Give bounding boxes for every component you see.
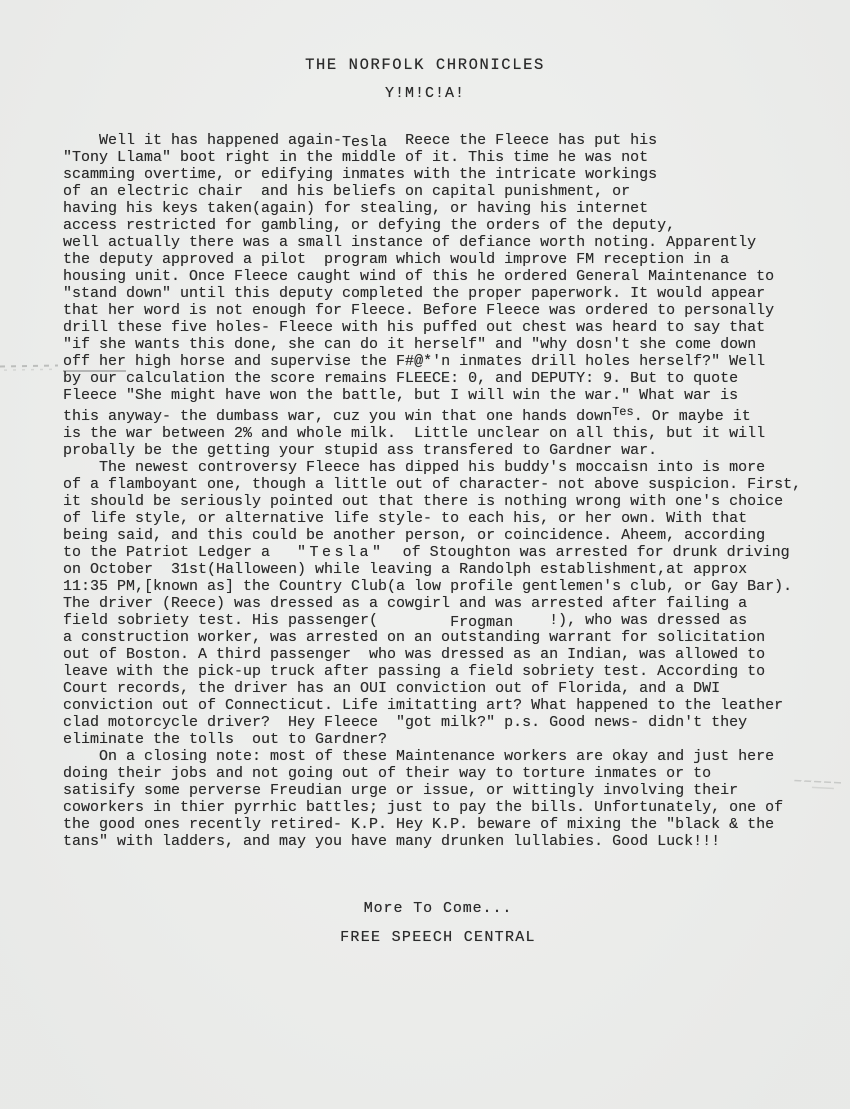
text-segment: Tes: [612, 405, 634, 419]
footer-more-to-come: More To Come...: [13, 900, 850, 917]
text-line: having his keys taken(again) for stealin…: [63, 200, 850, 217]
text-line: The newest controversy Fleece has dipped…: [63, 459, 850, 476]
scan-smudge-left-margin: [0, 362, 58, 372]
text-line: to the Patriot Ledger a "Tesla" of Stoug…: [63, 544, 850, 561]
document-title: THE NORFOLK CHRONICLES: [0, 57, 850, 74]
text-segment: Well it has happened again-: [63, 132, 342, 149]
text-line: a construction worker, was arrested on a…: [63, 629, 850, 646]
document-footer: More To Come... FREE SPEECH CENTRAL: [13, 900, 850, 946]
document-header: THE NORFOLK CHRONICLES Y!M!C!A!: [0, 0, 850, 102]
text-segment: high horse and supervise the F#@*'n inma…: [126, 353, 765, 370]
text-line: satisify some perverse Freudian urge or …: [63, 782, 850, 799]
text-line: of an electric chair and his beliefs on …: [63, 183, 850, 200]
text-line: Court records, the driver has an OUI con…: [63, 680, 850, 697]
text-line: tans" with ladders, and may you have man…: [63, 833, 850, 850]
text-line: by our calculation the score remains FLE…: [63, 370, 850, 387]
text-line: scamming overtime, or edifying inmates w…: [63, 166, 850, 183]
text-line: Well it has happened again-Tesla Reece t…: [63, 132, 850, 149]
text-line: of life style, or alternative life style…: [63, 510, 850, 527]
text-line: conviction out of Connecticut. Life imit…: [63, 697, 850, 714]
text-line: drill these five holes- Fleece with his …: [63, 319, 850, 336]
text-segment: Frogman: [450, 614, 513, 631]
text-line: coworkers in thier pyrrhic battles; just…: [63, 799, 850, 816]
text-segment: to the Patriot Ledger a: [63, 544, 297, 561]
text-line: clad motorcycle driver? Hey Fleece "got …: [63, 714, 850, 731]
text-line: doing their jobs and not going out of th…: [63, 765, 850, 782]
text-line: out of Boston. A third passenger who was…: [63, 646, 850, 663]
text-line: access restricted for gambling, or defyi…: [63, 217, 850, 234]
text-segment: "Tesla": [297, 544, 385, 561]
text-line: off her high horse and supervise the F#@…: [63, 353, 850, 370]
text-line: well actually there was a small instance…: [63, 234, 850, 251]
text-segment: Tesla: [342, 134, 387, 151]
scan-smudge-right-margin: [788, 776, 850, 795]
text-line: The driver (Reece) was dressed as a cowg…: [63, 595, 850, 612]
text-segment: of Stoughton was arrested for drunk driv…: [385, 544, 790, 561]
text-line: of a flamboyant one, though a little out…: [63, 476, 850, 493]
text-line: that her word is not enough for Fleece. …: [63, 302, 850, 319]
scanned-document-page: THE NORFOLK CHRONICLES Y!M!C!A! Well it …: [0, 0, 850, 1109]
text-line: "if she wants this done, she can do it h…: [63, 336, 850, 353]
text-line: being said, and this could be another pe…: [63, 527, 850, 544]
text-segment: off her: [63, 353, 126, 370]
text-segment: this anyway- the dumbass war, cuz you wi…: [63, 408, 612, 425]
text-line: the deputy approved a pilot program whic…: [63, 251, 850, 268]
text-line: leave with the pick-up truck after passi…: [63, 663, 850, 680]
text-line: "Tony Llama" boot right in the middle of…: [63, 149, 850, 166]
text-line: field sobriety test. His passenger( Frog…: [63, 612, 850, 629]
footer-free-speech-central: FREE SPEECH CENTRAL: [13, 929, 850, 946]
text-segment: field sobriety test. His passenger(: [63, 612, 450, 629]
text-line: Fleece "She might have won the battle, b…: [63, 387, 850, 404]
text-line: eliminate the tolls out to Gardner?: [63, 731, 850, 748]
text-line: this anyway- the dumbass war, cuz you wi…: [63, 404, 850, 425]
document-subtitle: Y!M!C!A!: [0, 85, 850, 102]
text-line: On a closing note: most of these Mainten…: [63, 748, 850, 765]
text-segment: !), who was dressed as: [513, 612, 747, 629]
text-line: probally be the getting your stupid ass …: [63, 442, 850, 459]
text-line: it should be seriously pointed out that …: [63, 493, 850, 510]
text-segment: Reece the Fleece has put his: [387, 132, 657, 149]
text-line: is the war between 2% and whole milk. Li…: [63, 425, 850, 442]
text-segment: . Or maybe it: [634, 408, 751, 425]
text-line: the good ones recently retired- K.P. Hey…: [63, 816, 850, 833]
document-body: Well it has happened again-Tesla Reece t…: [63, 132, 850, 850]
text-line: housing unit. Once Fleece caught wind of…: [63, 268, 850, 285]
text-line: "stand down" until this deputy completed…: [63, 285, 850, 302]
text-line: on October 31st(Halloween) while leaving…: [63, 561, 850, 578]
text-line: 11:35 PM,[known as] the Country Club(a l…: [63, 578, 850, 595]
